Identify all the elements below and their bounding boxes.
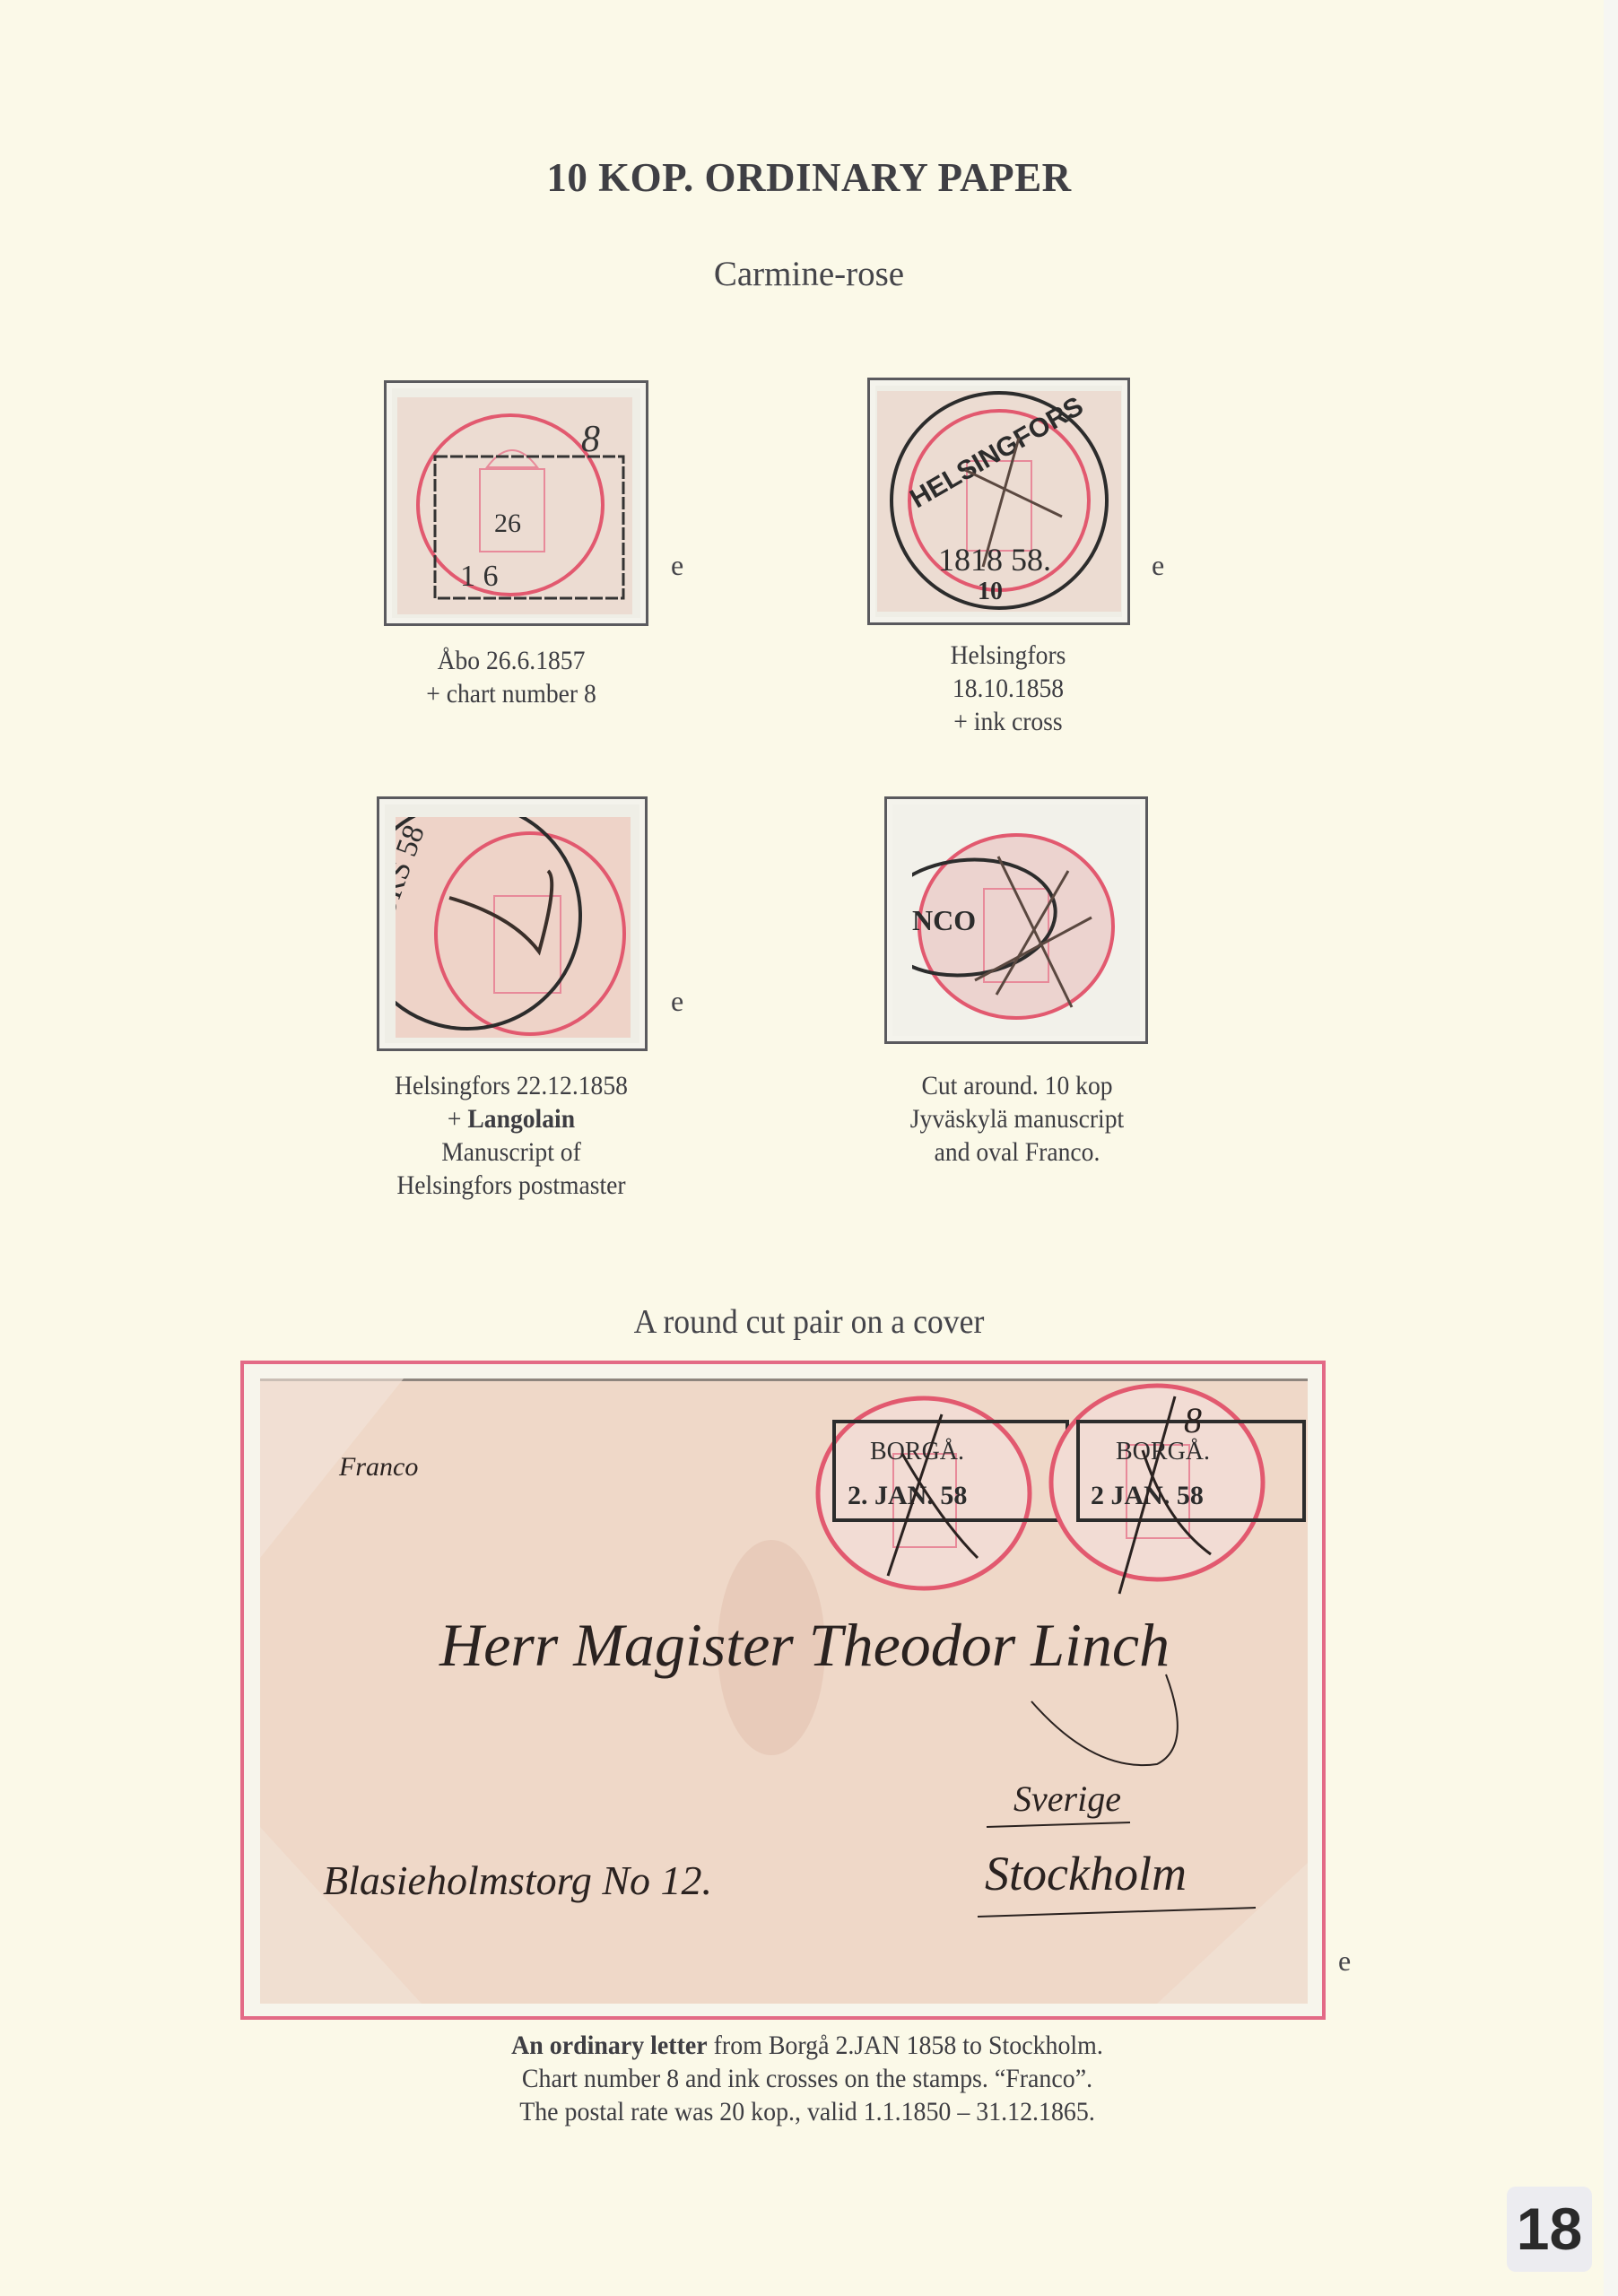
caption-bold-ordinary-letter: An ordinary letter xyxy=(511,2031,708,2060)
svg-text:1 6: 1 6 xyxy=(460,560,499,593)
caption-rest: from Borgå 2.JAN 1858 to Stockholm. xyxy=(708,2031,1103,2060)
svg-text:NCO: NCO xyxy=(912,904,976,936)
stamp-mount-helsingfors-1858-10: HELSINGFORS 1818 58. 10 xyxy=(867,378,1130,625)
stamp-caption-abo: Åbo 26.6.1857 + chart number 8 xyxy=(354,644,668,710)
caption-line: Jyväskylä manuscript xyxy=(852,1102,1182,1135)
stamp-image-helsingfors-1858-10: HELSINGFORS 1818 58. 10 xyxy=(877,391,1121,612)
svg-text:2. JAN. 58: 2. JAN. 58 xyxy=(848,1481,967,1510)
cover-stamp-right: BORGÅ. 2 JAN. 58 8 xyxy=(1051,1386,1304,1594)
svg-text:8: 8 xyxy=(581,419,600,460)
mark-e-cover: e xyxy=(1338,1944,1351,1978)
caption-line: The postal rate was 20 kop., valid 1.1.1… xyxy=(307,2095,1308,2128)
caption-prefix: + xyxy=(448,1104,467,1134)
stamp-caption-helsingfors-1858-10: Helsingfors 18.10.1858 + ink cross xyxy=(851,639,1165,738)
cover-envelope: BORGÅ. 2. JAN. 58 BORGÅ. 2 JAN. 58 8 Fra… xyxy=(260,1378,1308,2004)
caption-line: Åbo 26.6.1857 xyxy=(354,644,668,677)
cover-heading: A round cut pair on a cover xyxy=(48,1302,1570,1342)
svg-text:8: 8 xyxy=(1184,1400,1202,1440)
handwriting-street: Blasieholmstorg No 12. xyxy=(323,1857,712,1903)
caption-bold-langolain: Langolain xyxy=(467,1104,575,1134)
stamp-image-cut-around: NCO xyxy=(912,831,1124,1025)
caption-line: + Langolain xyxy=(346,1102,676,1135)
stamp-caption-cut-around: Cut around. 10 kop Jyväskylä manuscript … xyxy=(852,1069,1182,1169)
stamp-mount-abo: 26 1 6 8 xyxy=(384,380,648,626)
mark-e-1: e xyxy=(671,549,683,582)
handwriting-addressee: Herr Magister Theodor Linch xyxy=(439,1611,1170,1679)
caption-line: An ordinary letter from Borgå 2.JAN 1858… xyxy=(307,2029,1308,2062)
caption-line: Manuscript of xyxy=(346,1135,676,1169)
caption-line: Helsingfors postmaster xyxy=(346,1169,676,1202)
svg-text:10: 10 xyxy=(978,578,1003,605)
handwriting-city: Stockholm xyxy=(985,1847,1187,1900)
handwriting-country: Sverige xyxy=(1013,1779,1121,1819)
svg-text:BORGÅ.: BORGÅ. xyxy=(870,1438,964,1465)
cover-stamp-left: BORGÅ. 2. JAN. 58 xyxy=(818,1398,1067,1588)
cover-caption: An ordinary letter from Borgå 2.JAN 1858… xyxy=(307,2029,1308,2128)
mark-e-3: e xyxy=(671,985,683,1018)
svg-text:1818 58.: 1818 58. xyxy=(938,542,1051,578)
caption-line: Chart number 8 and ink crosses on the st… xyxy=(307,2062,1308,2095)
svg-text:26: 26 xyxy=(494,509,521,538)
stamp-image-abo: 26 1 6 8 xyxy=(397,397,632,614)
stamp-mount-helsingfors-1858-12: FORS 58 xyxy=(377,796,648,1051)
stamp-mount-cut-around: NCO xyxy=(884,796,1148,1044)
caption-line: + ink cross xyxy=(851,705,1165,738)
mark-e-2: e xyxy=(1152,549,1164,582)
caption-line: Cut around. 10 kop xyxy=(852,1069,1182,1102)
caption-line: + chart number 8 xyxy=(354,677,668,710)
page-title: 10 KOP. ORDINARY PAPER xyxy=(0,154,1618,201)
caption-line: Helsingfors 22.12.1858 xyxy=(346,1069,676,1102)
stamp-image-helsingfors-1858-12: FORS 58 xyxy=(396,817,631,1038)
page-subtitle: Carmine-rose xyxy=(0,254,1618,294)
handwriting-franco: Franco xyxy=(338,1452,418,1482)
page-edge xyxy=(1604,0,1618,2296)
caption-line: and oval Franco. xyxy=(852,1135,1182,1169)
stamp-caption-helsingfors-1858-12: Helsingfors 22.12.1858 + Langolain Manus… xyxy=(346,1069,676,1202)
page-number-badge: 18 xyxy=(1507,2187,1592,2272)
caption-line: Helsingfors xyxy=(851,639,1165,672)
caption-line: 18.10.1858 xyxy=(851,672,1165,705)
